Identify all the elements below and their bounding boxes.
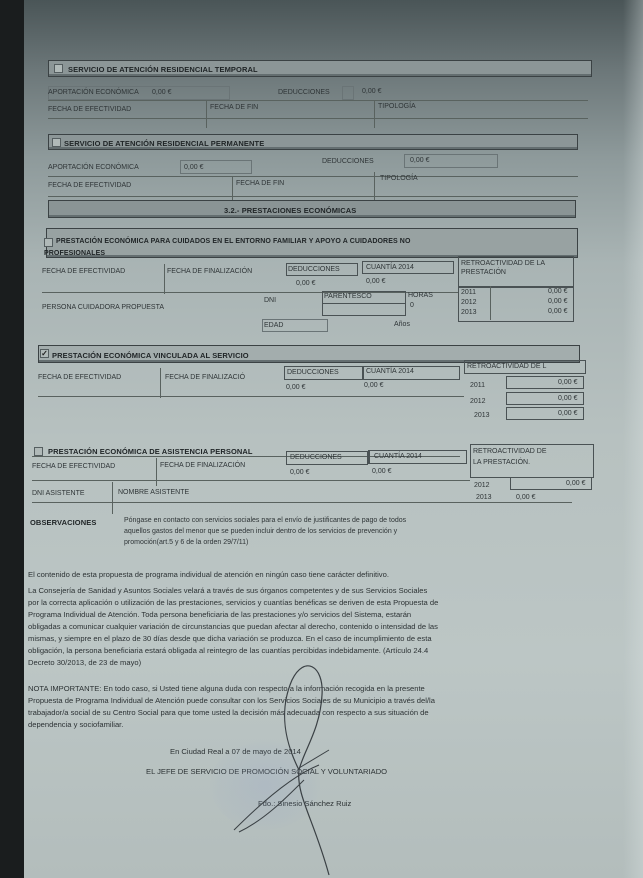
label-tipologia-permanente: TIPOLOGÍA xyxy=(380,175,418,182)
retro-value: 0,00 € xyxy=(548,308,567,315)
label-retroactividad-asistencia-2: LA PRESTACIÓN. xyxy=(473,459,530,466)
paragraph-nota-line1: NOTA IMPORTANTE: En todo caso, si Usted … xyxy=(28,683,425,695)
label-retroactividad-asistencia-1: RETROACTIVIDAD DE xyxy=(473,448,547,455)
paragraph-consejeria-line7: Decreto 30/2013, de 23 de mayo) xyxy=(28,657,141,669)
retro-year: 2013 xyxy=(461,309,477,316)
place-and-date: En Ciudad Real a 07 de mayo de 2014 xyxy=(170,746,301,758)
label-cuantia-vinculada: CUANTÍA 2014 xyxy=(366,368,414,375)
value-cuantia-vinculada: 0,00 € xyxy=(364,382,383,389)
checkbox-vinculada-checked[interactable]: ✓ xyxy=(40,349,49,358)
paragraph-nota-line3: trabajador/a social de su Centro Social … xyxy=(28,707,429,719)
label-persona-cuidadora: PERSONA CUIDADORA PROPUESTA xyxy=(42,304,164,311)
label-retroactividad-vinculada: RETROACTIVIDAD DE L xyxy=(467,363,546,370)
checkbox-residencial-permanente[interactable] xyxy=(52,138,61,147)
label-cuantia-asistencia: CUANTÍA 2014 xyxy=(374,453,422,460)
label-fecha-efectividad-asistencia: FECHA DE EFECTIVIDAD xyxy=(32,463,115,470)
label-fecha-fin-temporal: FECHA DE FIN xyxy=(210,104,258,111)
label-tipologia-temporal: TIPOLOGÍA xyxy=(378,103,416,110)
section-title-vinculada: PRESTACIÓN ECONÓMICA VINCULADA AL SERVIC… xyxy=(52,351,249,360)
label-dni-asistente: DNI ASISTENTE xyxy=(32,490,85,497)
value-deducciones-permanente: 0,00 € xyxy=(410,157,429,164)
paragraph-nota-line2: Propuesta de Programa Individual de Aten… xyxy=(28,695,435,707)
paragraph-consejeria-line4: obligadas a comunicar cualquier variació… xyxy=(28,621,438,633)
retro-year: 2012 xyxy=(470,398,486,405)
paragraph-caracter-definitivo: El contenido de esta propuesta de progra… xyxy=(28,569,389,581)
section-heading-prestaciones: 3.2.- PRESTACIONES ECONÓMICAS xyxy=(224,206,356,215)
divider xyxy=(48,118,588,119)
label-nombre-asistente: NOMBRE ASISTENTE xyxy=(118,489,189,496)
label-fecha-fin-permanente: FECHA DE FIN xyxy=(236,180,284,187)
section-title-cuidados-line2: PROFESIONALES xyxy=(44,250,105,257)
label-fecha-efectividad-cuidados: FECHA DE EFECTIVIDAD xyxy=(42,268,125,275)
retro-value: 0,00 € xyxy=(558,379,577,386)
paragraph-consejeria-line2: por la correcta aplicación o utilización… xyxy=(28,597,438,609)
label-fecha-efectividad-vinculada: FECHA DE EFECTIVIDAD xyxy=(38,374,121,381)
divider xyxy=(48,176,578,177)
signatory-name: Fdo.: Sinesio Sánchez Ruiz xyxy=(258,798,351,810)
value-deducciones-cuidados: 0,00 € xyxy=(296,280,315,287)
value-deducciones-temporal: 0,00 € xyxy=(362,88,381,95)
checkbox-residencial-temporal[interactable] xyxy=(54,64,63,73)
label-horas: HORAS xyxy=(408,292,433,299)
label-fecha-finalizacion-vinculada: FECHA DE FINALIZACIÓ xyxy=(165,374,245,381)
label-aportacion-permanente: APORTACIÓN ECONÓMICA xyxy=(48,164,139,171)
retro-year: 2011 xyxy=(470,382,485,389)
label-aportacion-temporal: APORTACIÓN ECONÓMICA xyxy=(48,89,139,96)
observaciones-line2: aquellos gastos del menor que se pueden … xyxy=(124,528,397,535)
retro-value: 0,00 € xyxy=(548,298,567,305)
section-title-residencial-permanente: SERVICIO DE ATENCIÓN RESIDENCIAL PERMANE… xyxy=(64,139,264,148)
retro-year: 2013 xyxy=(474,412,490,419)
paragraph-consejeria-line1: La Consejería de Sanidad y Asuntos Socia… xyxy=(28,585,427,597)
label-retroactividad-cuidados: RETROACTIVIDAD DE LA PRESTACIÓN xyxy=(461,259,569,277)
divider xyxy=(160,368,161,398)
field-box xyxy=(262,319,328,332)
retro-year: 2013 xyxy=(476,494,492,501)
paragraph-nota-line4: dependencia y sociofamiliar. xyxy=(28,719,123,731)
retro-value: 0,00 € xyxy=(558,395,577,402)
label-fecha-finalizacion-asistencia: FECHA DE FINALIZACIÓN xyxy=(160,462,245,469)
divider xyxy=(38,396,464,397)
divider xyxy=(374,100,375,128)
divider xyxy=(32,502,572,503)
observaciones-line1: Póngase en contacto con servicios social… xyxy=(124,517,406,524)
label-deducciones-asistencia: DEDUCCIONES xyxy=(290,454,342,461)
divider xyxy=(112,482,113,514)
retro-year: 2011 xyxy=(461,289,476,296)
divider xyxy=(32,480,470,481)
field-box xyxy=(322,303,406,316)
label-observaciones: OBSERVACIONES xyxy=(30,518,96,527)
checkbox-asistencia-personal[interactable] xyxy=(34,447,43,456)
retro-year: 2012 xyxy=(461,299,477,306)
paragraph-consejeria-line5: mismas, y siempre en el plazo de 30 días… xyxy=(28,633,432,645)
label-parentesco: PARENTESCO xyxy=(324,293,372,300)
label-deducciones-permanente: DEDUCCIONES xyxy=(322,158,374,165)
label-deducciones-temporal: DEDUCCIONES xyxy=(278,89,330,96)
label-deducciones-vinculada: DEDUCCIONES xyxy=(287,369,339,376)
value-aportacion-temporal: 0,00 € xyxy=(152,89,171,96)
checkbox-cuidados-entorno[interactable] xyxy=(44,238,53,247)
divider xyxy=(164,264,165,294)
value-horas: 0 xyxy=(410,302,414,309)
section-title-asistencia: PRESTACIÓN ECONÓMICA DE ASISTENCIA PERSO… xyxy=(48,447,253,456)
label-deducciones-cuidados: DEDUCCIONES xyxy=(288,266,340,273)
observaciones-line3: promoción(art.5 y 6 de la orden 29/7/11) xyxy=(124,539,248,546)
retro-value: 0,00 € xyxy=(548,288,567,295)
value-cuantia-cuidados: 0,00 € xyxy=(366,278,385,285)
value-cuantia-asistencia: 0,00 € xyxy=(372,468,391,475)
label-dni-cuidadora: DNI xyxy=(264,297,276,304)
retro-value: 0,00 € xyxy=(558,410,577,417)
document-page: SERVICIO DE ATENCIÓN RESIDENCIAL TEMPORA… xyxy=(24,0,643,878)
value-deducciones-asistencia: 0,00 € xyxy=(290,469,309,476)
field-box xyxy=(180,160,252,174)
label-fecha-finalizacion-cuidados: FECHA DE FINALIZACIÓN xyxy=(167,268,252,275)
section-title-residencial-temporal: SERVICIO DE ATENCIÓN RESIDENCIAL TEMPORA… xyxy=(68,65,258,74)
paragraph-consejeria-line3: Programa Individual de Atención. Toda pe… xyxy=(28,609,411,621)
paragraph-consejeria-line6: obligación, la persona beneficiaria esta… xyxy=(28,645,428,657)
label-fecha-efectividad-temporal: FECHA DE EFECTIVIDAD xyxy=(48,106,131,113)
label-fecha-efectividad-permanente: FECHA DE EFECTIVIDAD xyxy=(48,182,131,189)
divider xyxy=(206,100,207,128)
label-cuantia-cuidados: CUANTÍA 2014 xyxy=(366,264,414,271)
divider xyxy=(490,286,491,320)
signatory-role: EL JEFE DE SERVICIO DE PROMOCIÓN SOCIAL … xyxy=(146,766,387,778)
field-box xyxy=(342,86,354,100)
section-title-cuidados-line1: PRESTACIÓN ECONÓMICA PARA CUIDADOS EN EL… xyxy=(56,238,411,245)
divider xyxy=(156,458,157,486)
retro-value: 0,00 € xyxy=(566,480,585,487)
retro-year: 2012 xyxy=(474,482,490,489)
label-anos: Años xyxy=(394,321,410,328)
value-deducciones-vinculada: 0,00 € xyxy=(286,384,305,391)
retro-value: 0,00 € xyxy=(516,494,535,501)
divider xyxy=(48,196,578,197)
divider xyxy=(48,100,588,101)
